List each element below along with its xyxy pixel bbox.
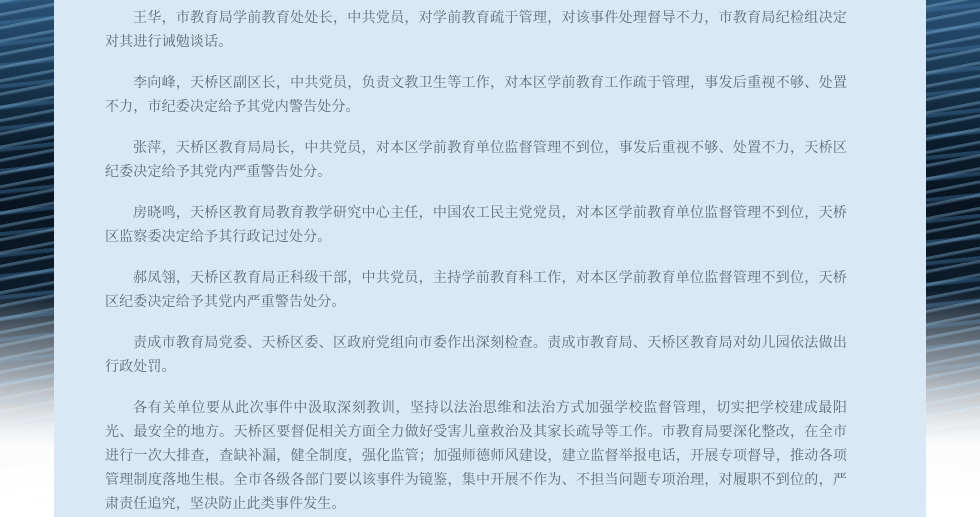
- article-paragraph: 郝凤翎，天桥区教育局正科级干部，中共党员，主持学前教育科工作，对本区学前教育单位…: [105, 265, 847, 313]
- page: 王华，市教育局学前教育处处长，中共党员，对学前教育疏于管理，对该事件处理督导不力…: [0, 0, 980, 517]
- article-paragraph: 李向峰，天桥区副区长，中共党员，负责文教卫生等工作，对本区学前教育工作疏于管理，…: [105, 70, 847, 118]
- article-paragraph: 房晓鸣，天桥区教育局教育教学研究中心主任，中国农工民主党党员，对本区学前教育单位…: [105, 200, 847, 248]
- article-content-panel: 王华，市教育局学前教育处处长，中共党员，对学前教育疏于管理，对该事件处理督导不力…: [54, 0, 926, 517]
- article-paragraph: 责成市教育局党委、天桥区委、区政府党组向市委作出深刻检查。责成市教育局、天桥区教…: [105, 330, 847, 378]
- article-paragraph: 张萍，天桥区教育局局长，中共党员，对本区学前教育单位监督管理不到位，事发后重视不…: [105, 135, 847, 183]
- article-body: 王华，市教育局学前教育处处长，中共党员，对学前教育疏于管理，对该事件处理督导不力…: [54, 0, 847, 515]
- article-paragraph: 各有关单位要从此次事件中汲取深刻教训，坚持以法治思维和法治方式加强学校监督管理，…: [105, 395, 847, 515]
- article-paragraph: 王华，市教育局学前教育处处长，中共党员，对学前教育疏于管理，对该事件处理督导不力…: [105, 5, 847, 53]
